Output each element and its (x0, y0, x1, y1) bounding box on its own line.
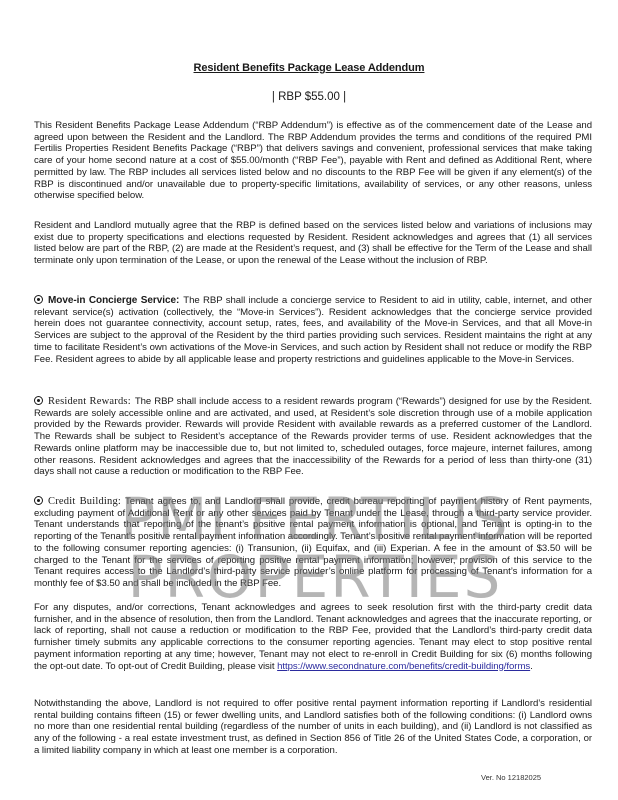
credit-building-optout-link[interactable]: https://www.secondnature.com/benefits/cr… (277, 661, 530, 672)
rbp-price: | RBP $55.00 | (0, 91, 618, 103)
radio-bullet-icon (34, 396, 43, 405)
section-move-in-concierge: Move-in Concierge Service:The RBP shall … (34, 295, 592, 365)
section-credit-building: Credit Building:Tenant agrees to, and La… (34, 496, 592, 590)
document-title: Resident Benefits Package Lease Addendum (0, 62, 618, 74)
section-body: Tenant agrees to, and Landlord shall pro… (34, 496, 592, 589)
section-resident-rewards: Resident Rewards:The RBP shall include a… (34, 396, 592, 478)
radio-bullet-icon (34, 295, 43, 304)
disputes-paragraph: For any disputes, and/or corrections, Te… (34, 602, 592, 672)
intro-paragraph: This Resident Benefits Package Lease Add… (34, 120, 592, 202)
notwithstanding-paragraph: Notwithstanding the above, Landlord is n… (34, 698, 592, 757)
section-heading: Credit Building: (48, 496, 121, 507)
document-page: Resident Benefits Package Lease Addendum… (0, 0, 618, 800)
disputes-end: . (530, 661, 533, 672)
radio-bullet-icon (34, 496, 43, 505)
document-title-text: Resident Benefits Package Lease Addendum (194, 62, 425, 74)
section-heading: Resident Rewards: (48, 396, 131, 407)
agreement-paragraph: Resident and Landlord mutually agree tha… (34, 220, 592, 267)
section-heading: Move-in Concierge Service: (48, 295, 179, 306)
version-number: Ver. No 12182025 (481, 773, 541, 782)
section-body: The RBP shall include access to a reside… (34, 396, 592, 477)
